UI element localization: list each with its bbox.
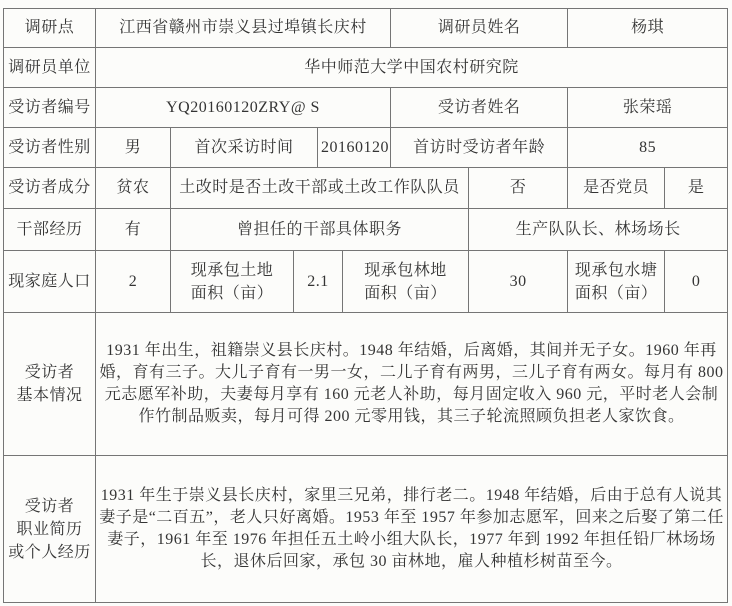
career-label-line3: 或个人经历 — [7, 541, 92, 564]
respondent-info-table: 调研点 江西省赣州市崇义县过埠镇长庆村 调研员姓名 杨琪 调研员单位 华中师范大… — [3, 8, 728, 603]
row-respondent-id: 受访者编号 YQ20160120ZRY@ S 受访者姓名 张荣瑶 — [4, 88, 728, 128]
respondent-id-value: YQ20160120ZRY@ S — [96, 88, 391, 128]
respondent-name-label: 受访者姓名 — [391, 88, 568, 128]
forest-label-line1: 现承包林地 — [346, 259, 465, 282]
row-site: 调研点 江西省赣州市崇义县过埠镇长庆村 调研员姓名 杨琪 — [4, 9, 728, 48]
party-label: 是否党员 — [568, 168, 665, 209]
row-researcher-org: 调研员单位 华中师范大学中国农村研究院 — [4, 48, 728, 88]
career-text: 1931 年生于崇义县长庆村，家里三兄弟，排行老二。1948 年结婚，后由于总有… — [96, 456, 728, 603]
class-value: 贫农 — [96, 168, 171, 209]
landreform-label: 土改时是否土改干部或土改工作队队员 — [171, 168, 469, 209]
row-basic-info: 受访者 基本情况 1931 年出生，祖籍崇义县长庆村。1948 年结婚，后离婚，… — [4, 313, 728, 456]
cadre-post-label: 曾担任的干部具体职务 — [171, 209, 469, 251]
first-interview-label: 首次采访时间 — [171, 128, 318, 168]
row-career-history: 受访者 职业简历 或个人经历 1931 年生于崇义县长庆村，家里三兄弟，排行老二… — [4, 456, 728, 603]
forest-label: 现承包林地 面积（亩） — [343, 251, 469, 313]
basic-info-label-line1: 受访者 — [7, 361, 92, 384]
family-size-value: 2 — [96, 251, 171, 313]
age-label: 首访时受访者年龄 — [391, 128, 568, 168]
researcher-org-label: 调研员单位 — [4, 48, 96, 88]
career-label-line1: 受访者 — [7, 495, 92, 518]
cadre-label: 干部经历 — [4, 209, 96, 251]
forest-label-line2: 面积（亩） — [346, 282, 465, 305]
cadre-value: 有 — [96, 209, 171, 251]
farmland-label-line2: 面积（亩） — [174, 282, 290, 305]
forest-value: 30 — [469, 251, 568, 313]
pond-value: 0 — [665, 251, 728, 313]
pond-label-line1: 现承包水塘 — [571, 259, 661, 282]
career-label-line2: 职业简历 — [7, 518, 92, 541]
pond-label-line2: 面积（亩） — [571, 282, 661, 305]
gender-label: 受访者性别 — [4, 128, 96, 168]
class-label: 受访者成分 — [4, 168, 96, 209]
gender-value: 男 — [96, 128, 171, 168]
first-interview-date: 20160120 — [318, 128, 391, 168]
cadre-post-value: 生产队队长、林场场长 — [469, 209, 728, 251]
pond-label: 现承包水塘 面积（亩） — [568, 251, 665, 313]
row-gender-interview: 受访者性别 男 首次采访时间 20160120 首访时受访者年龄 85 — [4, 128, 728, 168]
basic-info-text: 1931 年出生，祖籍崇义县长庆村。1948 年结婚，后离婚，其间并无子女。19… — [96, 313, 728, 456]
family-size-label: 现家庭人口 — [4, 251, 96, 313]
researcher-org-value: 华中师范大学中国农村研究院 — [96, 48, 728, 88]
respondent-id-label: 受访者编号 — [4, 88, 96, 128]
researcher-name-value: 杨琪 — [568, 9, 728, 48]
basic-info-label-line2: 基本情况 — [7, 384, 92, 407]
row-family-land: 现家庭人口 2 现承包土地 面积（亩） 2.1 现承包林地 面积（亩） 30 现… — [4, 251, 728, 313]
farmland-value: 2.1 — [294, 251, 343, 313]
farmland-label: 现承包土地 面积（亩） — [171, 251, 294, 313]
researcher-name-label: 调研员姓名 — [391, 9, 568, 48]
age-value: 85 — [568, 128, 728, 168]
party-value: 是 — [665, 168, 728, 209]
career-label: 受访者 职业简历 或个人经历 — [4, 456, 96, 603]
basic-info-label: 受访者 基本情况 — [4, 313, 96, 456]
farmland-label-line1: 现承包土地 — [174, 259, 290, 282]
scanned-survey-form-page: 调研点 江西省赣州市崇义县过埠镇长庆村 调研员姓名 杨琪 调研员单位 华中师范大… — [0, 0, 732, 606]
row-class-party: 受访者成分 贫农 土改时是否土改干部或土改工作队队员 否 是否党员 是 — [4, 168, 728, 209]
landreform-value: 否 — [469, 168, 568, 209]
site-label: 调研点 — [4, 9, 96, 48]
site-value: 江西省赣州市崇义县过埠镇长庆村 — [96, 9, 391, 48]
row-cadre: 干部经历 有 曾担任的干部具体职务 生产队队长、林场场长 — [4, 209, 728, 251]
respondent-name-value: 张荣瑶 — [568, 88, 728, 128]
